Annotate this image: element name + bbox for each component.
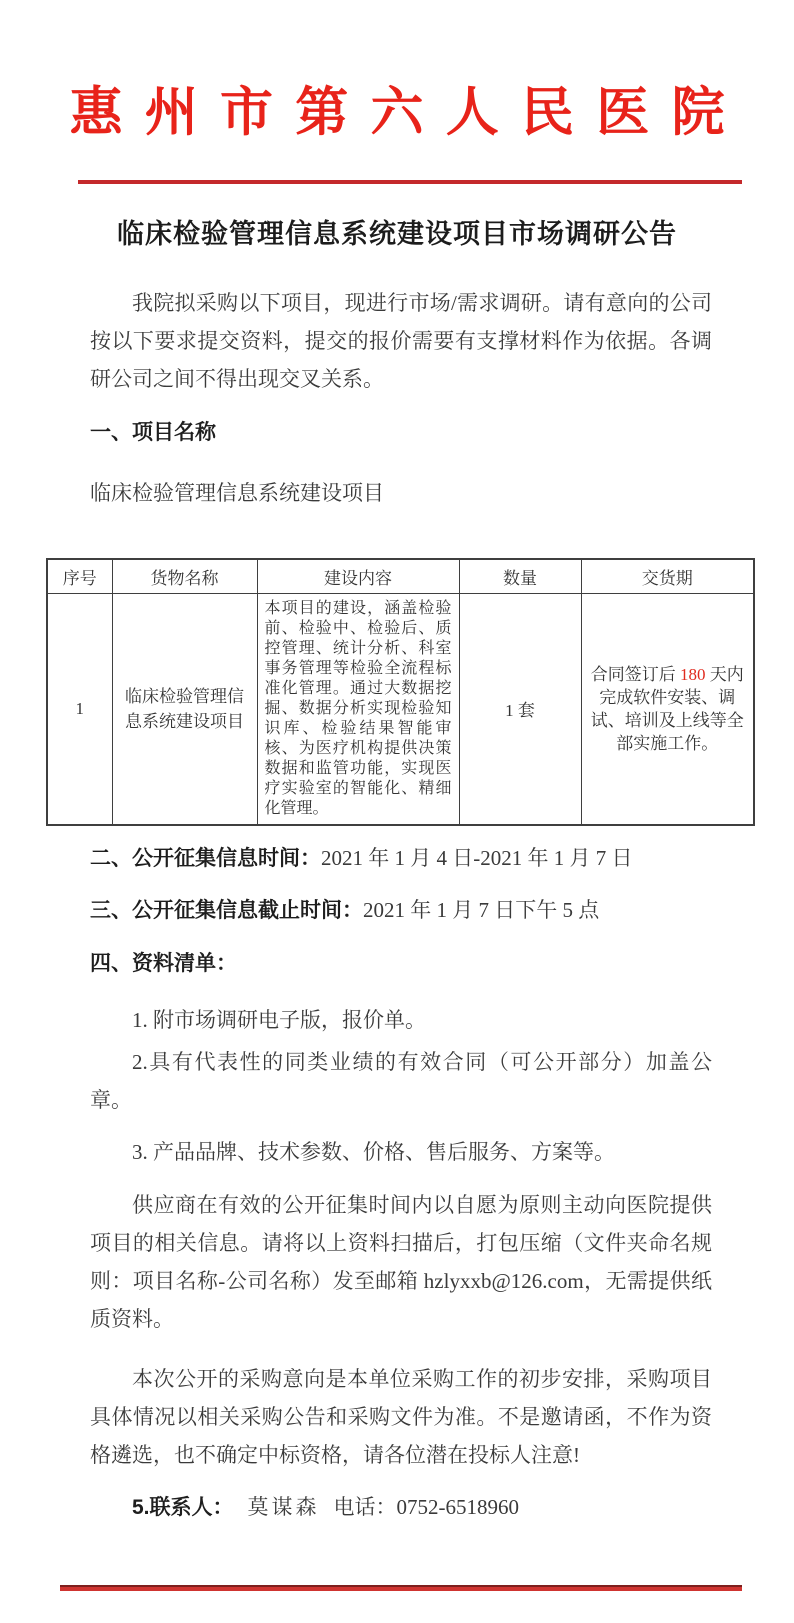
col-header-goods-name: 货物名称: [112, 559, 257, 593]
cell-quantity: 1 套: [459, 593, 581, 825]
project-name-text: 临床检验管理信息系统建设项目: [90, 474, 712, 512]
document-page: 惠州市第六人民医院 临床检验管理信息系统建设项目市场调研公告 我院拟采购以下项目…: [0, 0, 794, 1623]
delivery-days-highlight: 180: [680, 665, 706, 684]
cell-build-content: 本项目的建设，涵盖检验前、检验中、检验后、质控管理、统计分析、科室事务管理等检验…: [257, 593, 459, 825]
contact-phone-number: 0752-6518960: [397, 1495, 520, 1519]
section-heading-deadline: 三、公开征集信息截止时间：2021 年 1 月 7 日下午 5 点: [90, 895, 712, 926]
contact-phone-label: 电话：: [320, 1495, 397, 1519]
materials-list-item-3: 3. 产品品牌、技术参数、价格、售后服务、方案等。: [90, 1133, 712, 1171]
notice-paragraph: 本次公开的采购意向是本单位采购工作的初步安排，采购项目具体情况以相关采购公告和采…: [90, 1360, 712, 1474]
collect-time-value: 2021 年 1 月 4 日-2021 年 1 月 7 日: [321, 846, 633, 870]
cell-delivery: 合同签订后 180 天内完成软件安装、调试、培训及上线等全部实施工作。: [581, 593, 754, 825]
materials-list-item-2: 2.具有代表性的同类业绩的有效合同（可公开部分）加盖公章。: [90, 1043, 712, 1119]
col-header-seq: 序号: [47, 559, 112, 593]
cell-goods-name: 临床检验管理信息系统建设项目: [112, 593, 257, 825]
section-heading-collect-time: 二、公开征集信息时间：2021 年 1 月 4 日-2021 年 1 月 7 日: [90, 843, 712, 874]
letterhead-double-rule: [78, 180, 742, 184]
deadline-label: 三、公开征集信息截止时间：: [90, 899, 363, 922]
col-header-quantity: 数量: [459, 559, 581, 593]
page-title: 临床检验管理信息系统建设项目市场调研公告: [46, 218, 748, 252]
supplier-instructions-paragraph: 供应商在有效的公开征集时间内以自愿为原则主动向医院提供项目的相关信息。请将以上资…: [90, 1186, 712, 1338]
contact-name: 莫谋森: [234, 1495, 320, 1519]
materials-list-item-1: 1. 附市场调研电子版，报价单。: [90, 1001, 712, 1039]
table-row: 1 临床检验管理信息系统建设项目 本项目的建设，涵盖检验前、检验中、检验后、质控…: [47, 593, 754, 825]
collect-time-label: 二、公开征集信息时间：: [90, 847, 321, 870]
col-header-delivery: 交货期: [581, 559, 754, 593]
letterhead: 惠州市第六人民医院: [0, 0, 794, 142]
goods-table: 序号 货物名称 建设内容 数量 交货期 1 临床检验管理信息系统建设项目 本项目…: [46, 558, 755, 826]
section-heading-materials: 四、资料清单：: [90, 949, 712, 979]
deadline-value: 2021 年 1 月 7 日下午 5 点: [363, 898, 599, 922]
footer-rule: [60, 1585, 742, 1591]
hospital-name: 惠州市第六人民医院: [0, 86, 794, 142]
table-header-row: 序号 货物名称 建设内容 数量 交货期: [47, 559, 754, 593]
delivery-text-prefix: 合同签订后: [591, 665, 680, 684]
col-header-build-content: 建设内容: [257, 559, 459, 593]
contact-line: 5.联系人：莫谋森电话：0752-6518960: [90, 1488, 712, 1527]
cell-seq: 1: [47, 593, 112, 825]
intro-paragraph: 我院拟采购以下项目，现进行市场/需求调研。请有意向的公司按以下要求提交资料，提交…: [90, 284, 712, 398]
section-heading-project-name: 一、项目名称: [90, 418, 712, 448]
contact-label: 5.联系人：: [132, 1496, 234, 1519]
